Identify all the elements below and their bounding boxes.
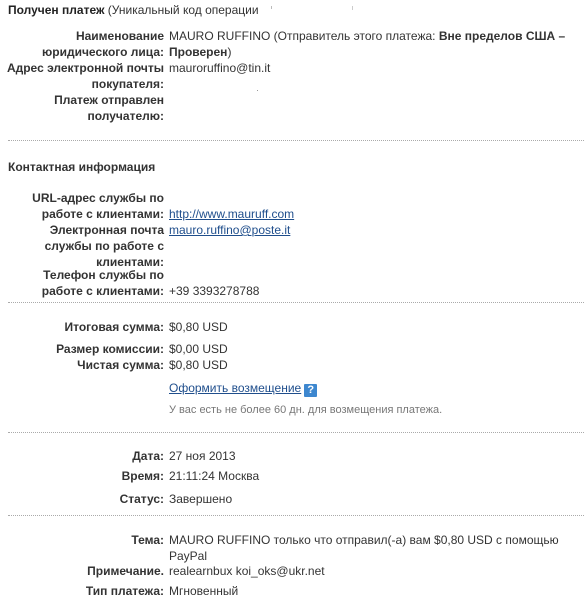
redacted-mark: [257, 90, 258, 91]
buyer-email-value: mauroruffino@tin.it: [169, 60, 579, 76]
note-label: Примечание.: [87, 563, 164, 579]
section-divider: [8, 515, 584, 516]
total-amount-label: Итоговая сумма:: [64, 319, 164, 335]
support-phone-label: Телефон службы по работе с клиентами:: [39, 267, 164, 299]
fee-amount-label: Размер комиссии:: [56, 341, 164, 357]
sender-name-end: ): [227, 45, 231, 59]
support-email-label: Электронная почта службы по работе с кли…: [29, 222, 164, 270]
sender-name-text: MAURO RUFFINO (Отправитель этого платежа…: [169, 29, 439, 43]
date-label: Дата:: [132, 448, 164, 464]
net-amount-value: $0,80 USD: [169, 357, 579, 373]
buyer-email-label: Адрес электронной почты покупателя:: [0, 60, 164, 92]
status-label: Статус:: [120, 491, 164, 507]
support-phone-value: +39 3393278788: [169, 283, 579, 299]
sender-name-value: MAURO RUFFINO (Отправитель этого платежа…: [169, 28, 579, 60]
support-url-value: http://www.mauruff.com: [169, 206, 579, 222]
redacted-mark: [271, 6, 272, 9]
help-icon[interactable]: ?: [304, 384, 317, 397]
section-divider: [8, 432, 584, 433]
payment-received-header: Получен платеж (Уникальный код операции: [8, 3, 259, 17]
fee-amount-value: $0,00 USD: [169, 341, 579, 357]
time-label: Время:: [122, 468, 164, 484]
payment-type-label: Тип платежа:: [86, 583, 164, 599]
date-value: 27 ноя 2013: [169, 448, 579, 464]
header-transaction-id-label: (Уникальный код операции: [104, 3, 258, 17]
subject-label: Тема:: [131, 532, 164, 548]
issue-refund-link[interactable]: Оформить возмещение: [169, 381, 301, 395]
note-value: realearnbux koi_oks@ukr.net: [169, 563, 579, 579]
refund-action: Оформить возмещение?: [169, 380, 579, 397]
sender-name-label: Наименование юридического лица:: [14, 28, 164, 60]
contact-section-title: Контактная информация: [8, 160, 155, 174]
refund-note: У вас есть не более 60 дн. для возмещени…: [169, 404, 442, 416]
subject-value: MAURO RUFFINO только что отправил(-а) ва…: [169, 532, 569, 564]
time-value: 21:11:24 Москва: [169, 468, 579, 484]
support-url-link[interactable]: http://www.mauruff.com: [169, 207, 294, 221]
sent-to-label: Платеж отправлен получателю:: [44, 92, 164, 124]
section-divider: [8, 302, 584, 303]
status-value: Завершено: [169, 491, 579, 507]
payment-type-value: Мгновенный: [169, 583, 579, 599]
support-email-link[interactable]: mauro.ruffino@poste.it: [169, 223, 290, 237]
support-email-value: mauro.ruffino@poste.it: [169, 222, 579, 238]
redacted-mark: [352, 6, 353, 10]
header-title: Получен платеж: [8, 3, 104, 17]
total-amount-value: $0,80 USD: [169, 319, 579, 335]
section-divider: [8, 140, 584, 141]
support-url-label: URL-адрес службы по работе с клиентами:: [29, 190, 164, 222]
net-amount-label: Чистая сумма:: [77, 357, 164, 373]
